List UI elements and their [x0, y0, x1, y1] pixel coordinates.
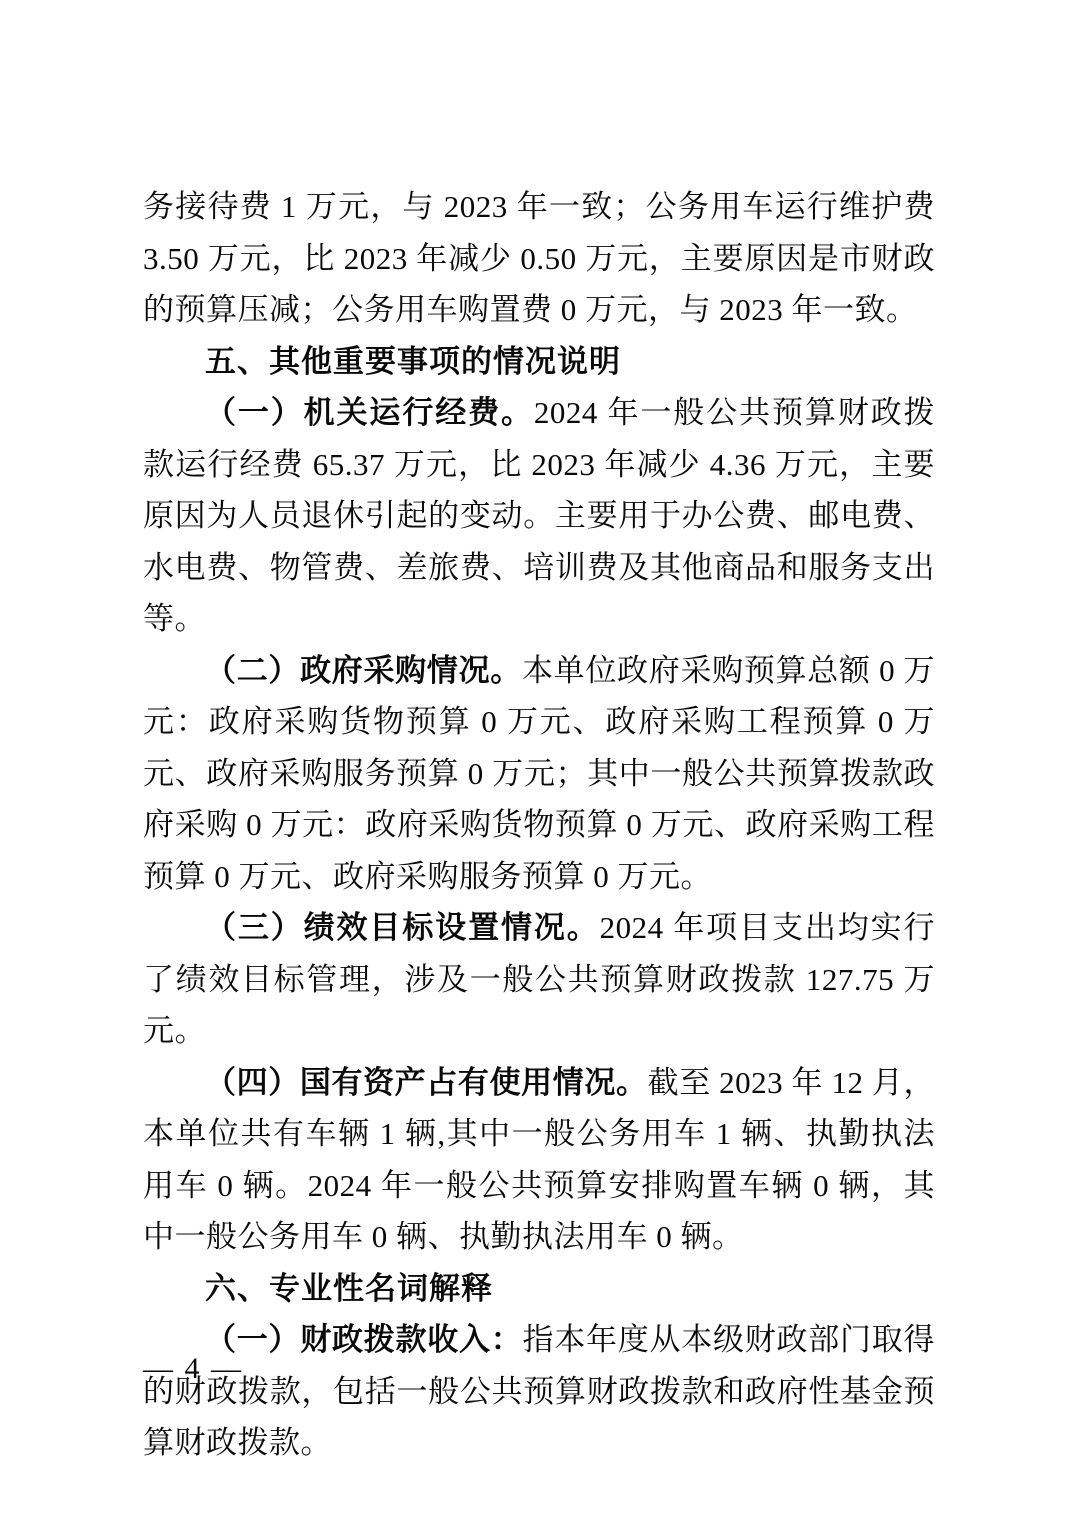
- section5-item-4: （四）国有资产占有使用情况。截至 2023 年 12 月，本单位共有车辆 1 辆…: [143, 1057, 935, 1263]
- section6-item-1: （一）财政拨款收入：指本年度从本级财政部门取得的财政拨款，包括一般公共预算财政拨…: [143, 1314, 935, 1469]
- section5-item-3-lead: （三）绩效目标设置情况。: [205, 910, 600, 945]
- section5-heading: 五、其他重要事项的情况说明: [143, 336, 935, 388]
- document-body: 务接待费 1 万元，与 2023 年一致；公务用车运行维护费 3.50 万元，比…: [143, 181, 935, 1469]
- section5-item-2-lead: （二）政府采购情况。: [205, 653, 522, 688]
- section5-item-3: （三）绩效目标设置情况。2024 年项目支出均实行了绩效目标管理，涉及一般公共预…: [143, 902, 935, 1057]
- section5-item-1: （一）机关运行经费。2024 年一般公共预算财政拨款运行经费 65.37 万元，…: [143, 387, 935, 645]
- section6-item-1-lead: （一）财政拨款收入：: [205, 1322, 523, 1357]
- paragraph-continuation: 务接待费 1 万元，与 2023 年一致；公务用车运行维护费 3.50 万元，比…: [143, 181, 935, 336]
- section6-heading: 六、专业性名词解释: [143, 1263, 935, 1315]
- section5-item-1-lead: （一）机关运行经费。: [205, 395, 534, 430]
- section5-item-2-text: 本单位政府采购预算总额 0 万元：政府采购货物预算 0 万元、政府采购工程预算 …: [143, 653, 935, 894]
- section5-item-4-lead: （四）国有资产占有使用情况。: [205, 1065, 648, 1100]
- section5-item-2: （二）政府采购情况。本单位政府采购预算总额 0 万元：政府采购货物预算 0 万元…: [143, 645, 935, 903]
- page-number: — 4 —: [143, 1352, 243, 1385]
- page-footer: — 4 —: [143, 1351, 243, 1387]
- section5-item-1-text: 2024 年一般公共预算财政拨款运行经费 65.37 万元，比 2023 年减少…: [143, 395, 935, 636]
- document-page: 务接待费 1 万元，与 2023 年一致；公务用车运行维护费 3.50 万元，比…: [0, 0, 1074, 1520]
